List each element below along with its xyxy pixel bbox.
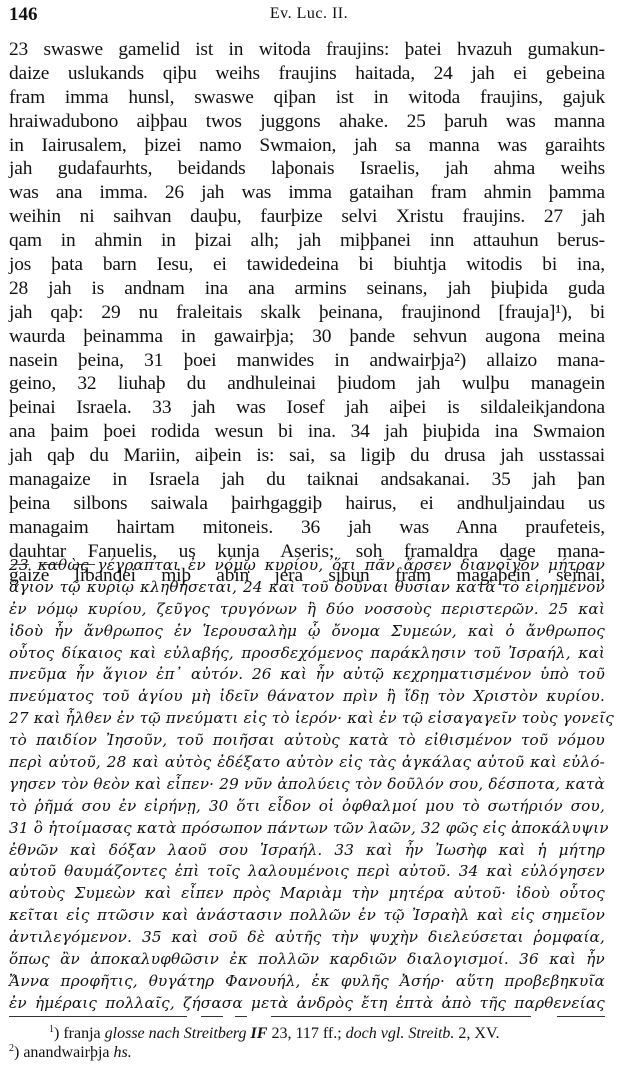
greek-line: ὅπως ἂν ἀποκαλυφθῶσιν ἐκ πολλῶν καρδιῶν … bbox=[9, 949, 605, 971]
gothic-line: daize uslukands qiþu weihs fraujins hait… bbox=[9, 62, 605, 86]
footnote-1: 1) franja glosse nach Streitberg IF 23, … bbox=[9, 1024, 605, 1043]
gothic-line: nasein þeina, 31 þoei manwides in andwai… bbox=[9, 349, 605, 373]
gothic-text-block: 23 swaswe gamelid ist in witoda fraujins… bbox=[9, 38, 605, 587]
greek-line: αὐτοὺς Συμεὼν καὶ εἶπεν πρὸς Μαριὰμ τὴν … bbox=[9, 883, 605, 905]
gothic-line: hraiwadubono aiþþau twos juggons ahake. … bbox=[9, 110, 605, 134]
gothic-line: jos þata barn Iesu, ei tawidedeina bi bi… bbox=[9, 253, 605, 277]
greek-line: οὗτος δίκαιος καὶ εὐλαβής, προσδεχόμενος… bbox=[9, 643, 605, 665]
book-page: 146 Ev. Luc. II. 23 swaswe gamelid ist i… bbox=[0, 0, 624, 1089]
greek-line: πνεῦμα ἦν ἅγιον ἐπ᾽ αὐτόν. 26 καὶ ἦν αὐτ… bbox=[9, 664, 605, 686]
footnote-marker: 1 bbox=[49, 1024, 54, 1035]
greek-line: κεῖται εἰς πτῶσιν καὶ ἀνάστασιν πολλῶν ἐ… bbox=[9, 905, 605, 927]
gothic-line: weihin ni saihvan dauþu, faurþize selvi … bbox=[9, 205, 605, 229]
gothic-line: jah gudafaurhts, beidands laþonais Israe… bbox=[9, 157, 605, 181]
greek-line: ἐθνῶν καὶ δόξαν λαοῦ σου Ἰσραήλ. 33 καὶ … bbox=[9, 840, 605, 862]
footnote-2: 2) anandwairþja hs. bbox=[9, 1043, 605, 1062]
gothic-line: 28 jah is andnam ina ana armins seinans,… bbox=[9, 277, 605, 301]
greek-line: 27 καὶ ἦλθεν ἐν τῷ πνεύματι εἰς τὸ ἱερόν… bbox=[9, 708, 605, 730]
greek-line: γησεν τὸν θεὸν καὶ εἶπεν· 29 νῦν ἀπολύει… bbox=[9, 774, 605, 796]
gothic-line: 23 swaswe gamelid ist in witoda fraujins… bbox=[9, 38, 605, 62]
footnote-word: anandwairþja bbox=[23, 1044, 109, 1061]
greek-line: 31 ὃ ἡτοίμασας κατὰ πρόσωπον πάντων τῶν … bbox=[9, 818, 605, 840]
footnote-cf: doch vgl. Streitb. bbox=[346, 1025, 455, 1042]
greek-line: ἐν νόμῳ κυρίου, ζεῦγος τρυγόνων ἢ δύο νο… bbox=[9, 599, 605, 621]
greek-line: Ἄννα προφῆτις, θυγάτηρ Φανουήλ, ἐκ φυλῆς… bbox=[9, 971, 605, 993]
footnote-journal: IF bbox=[251, 1025, 268, 1042]
gothic-line: geino, 32 liuhaþ du andhuleinai þiudom j… bbox=[9, 372, 605, 396]
gothic-line: qam in ahmin in þizai alh; jah miþþanei … bbox=[9, 229, 605, 253]
gothic-line: jah qaþ: 29 nu fraleitais skalk þeinana,… bbox=[9, 301, 605, 325]
greek-line: τὸ ῥῆμά σου ἐν εἰρήνῃ, 30 ὅτι εἶδον οἱ ὀ… bbox=[9, 796, 605, 818]
gothic-line: fram imma hunsl, swaswe qiþan ist in wit… bbox=[9, 86, 605, 110]
greek-text-block: 23 καθὼς γέγραπται ἐν νόμῳ κυρίου, ὅτι π… bbox=[9, 555, 605, 1015]
gothic-line: managaize in Israela jah du taiknai ands… bbox=[9, 468, 605, 492]
gothic-line: managaim hairtam mitoneis. 36 jah was An… bbox=[9, 516, 605, 540]
greek-line: πνεύματος τοῦ ἁγίου μὴ ἰδεῖν θάνατον πρὶ… bbox=[9, 686, 605, 708]
footnote-marker: 2 bbox=[9, 1043, 14, 1054]
greek-line: 23 καθὼς γέγραπται ἐν νόμῳ κυρίου, ὅτι π… bbox=[9, 555, 605, 577]
greek-line: ἐν ἡμέραις πολλαῖς, ζήσασα μετὰ ἀνδρὸς ἔ… bbox=[9, 993, 605, 1015]
gothic-line: jah qaþ du Mariin, aiþein is: sai, sa li… bbox=[9, 444, 605, 468]
footnote-ref-end: 2, XV. bbox=[458, 1025, 499, 1042]
gothic-line: þeinai Israela. 33 jah was Iosef jah aiþ… bbox=[9, 396, 605, 420]
greek-line: αὐτοῦ θαυμάζοντες ἐπὶ τοῖς λαλουμένοις π… bbox=[9, 861, 605, 883]
greek-line: τὸ παιδίον Ἰησοῦν, τοῦ ποιῆσαι αὐτοὺς κα… bbox=[9, 730, 605, 752]
greek-line: περὶ αὐτοῦ, 28 καὶ αὐτὸς ἐδέξατο αὐτὸν ε… bbox=[9, 752, 605, 774]
greek-line: ἅγιον τῷ κυρίῳ κληθήσεται, 24 καὶ τοῦ δο… bbox=[9, 577, 605, 599]
page-header: 146 Ev. Luc. II. bbox=[9, 4, 609, 28]
gothic-line: was ana imma. 26 jah was imma gataihan f… bbox=[9, 181, 605, 205]
greek-line: ἰδοὺ ἦν ἄνθρωπος ἐν Ἱερουσαλὴμ ᾧ ὄνομα Σ… bbox=[9, 621, 605, 643]
gothic-line: in Iairusalem, þizei namo Swmaion, jah s… bbox=[9, 134, 605, 158]
gothic-line: ana þaim þoei rodida wesun bi ina. 34 ja… bbox=[9, 420, 605, 444]
footnote-gloss: glosse nach Streitberg bbox=[105, 1025, 247, 1042]
footnote-rule bbox=[9, 1016, 605, 1017]
gothic-line: waurda þeinamma in gawairþja; 30 þande s… bbox=[9, 325, 605, 349]
footnote-ref: 23, 117 ff.; bbox=[271, 1025, 341, 1042]
gothic-line: þeina silbons saiwala þairhgaggiþ hairus… bbox=[9, 492, 605, 516]
footnotes: 1) franja glosse nach Streitberg IF 23, … bbox=[9, 1024, 605, 1062]
footnote-abbrev: hs. bbox=[114, 1044, 132, 1061]
running-head: Ev. Luc. II. bbox=[9, 5, 609, 23]
footnote-word: franja bbox=[63, 1025, 100, 1042]
greek-line: ἀντιλεγόμενον. 35 καὶ σοῦ δὲ αὐτῆς τὴν ψ… bbox=[9, 927, 605, 949]
